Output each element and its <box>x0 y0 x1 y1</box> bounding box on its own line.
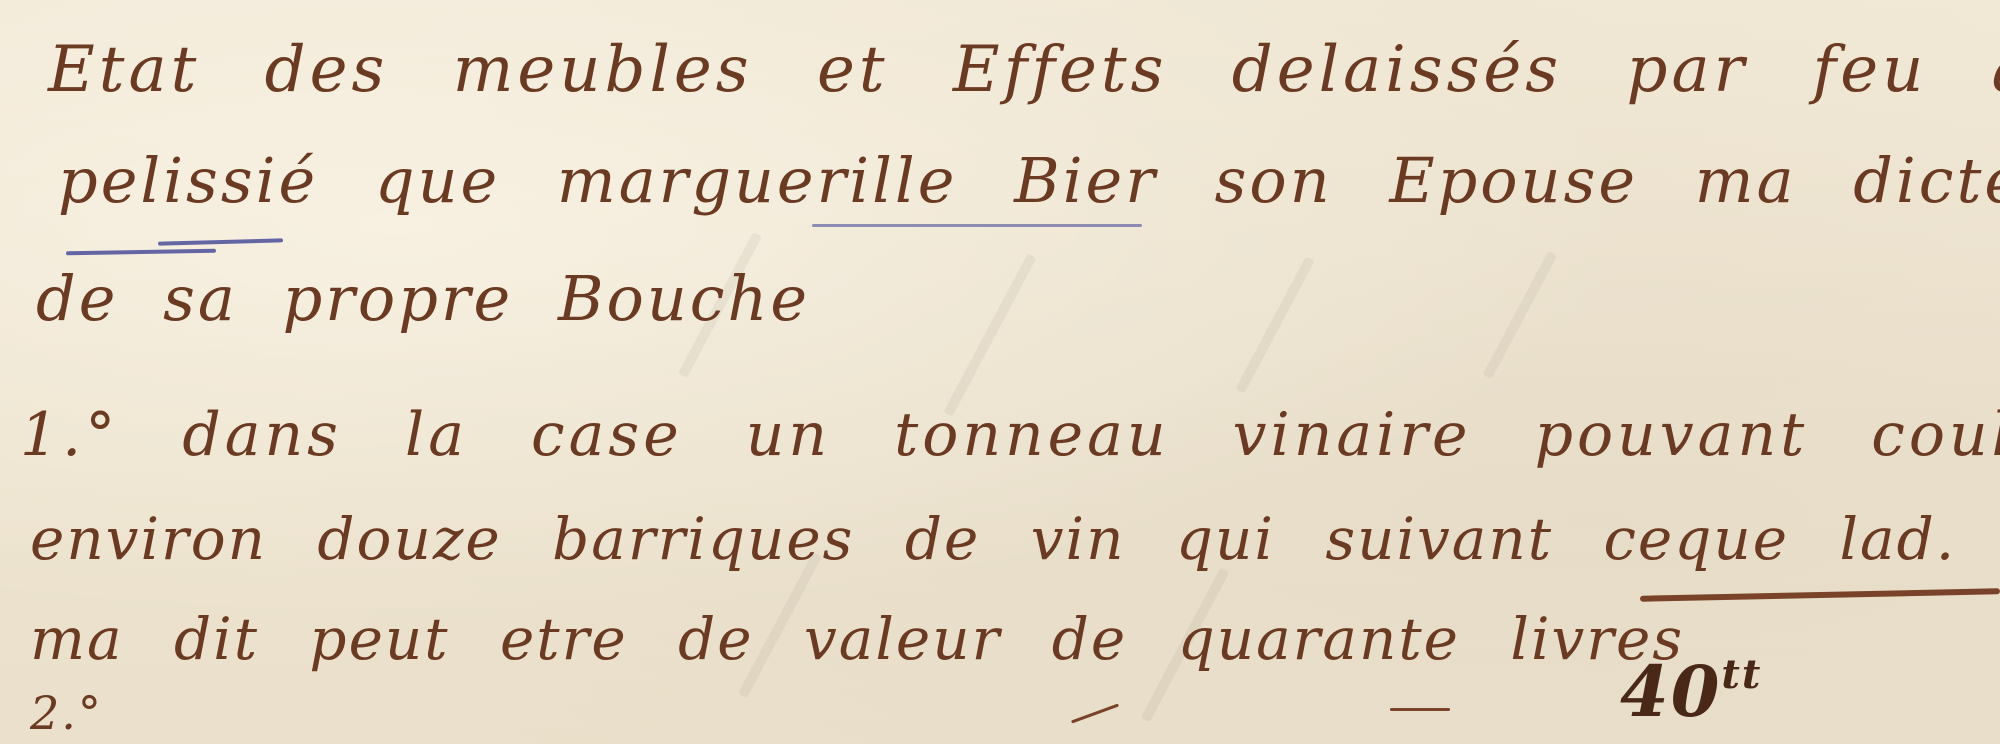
bleed-through-stroke <box>943 253 1036 417</box>
manuscript-line-1: Etat des meubles et Effets delaissés par… <box>48 38 2000 102</box>
manuscript-line-5: environ douze barriques de vin qui suiva… <box>30 510 2000 568</box>
bleed-through-stroke <box>1235 256 1314 393</box>
manuscript-line-6: ma dit peut etre de valeur de quarante l… <box>30 610 1684 668</box>
cut-off-stroke <box>1390 708 1450 711</box>
manuscript-line-7: 2.° <box>30 690 103 736</box>
blue-underline <box>66 249 216 256</box>
manuscript-page: Etat des meubles et Effets delaissés par… <box>0 0 2000 744</box>
manuscript-line-4: 1.° dans la case un tonneau vinaire pouv… <box>20 405 2000 465</box>
livres-unit-symbol: tt <box>1721 651 1762 698</box>
amount-value: 40tt <box>1620 650 1762 733</box>
blue-underline <box>812 224 1142 227</box>
line-end-flourish <box>1640 588 2000 602</box>
amount-number: 40 <box>1620 650 1721 733</box>
bleed-through-stroke <box>1483 251 1558 379</box>
manuscript-line-3: de sa propre Bouche <box>36 268 810 330</box>
manuscript-line-2: pelissié que marguerille Bier son Epouse… <box>58 150 2000 212</box>
blue-underline <box>158 238 283 245</box>
cut-off-stroke <box>1071 704 1119 724</box>
